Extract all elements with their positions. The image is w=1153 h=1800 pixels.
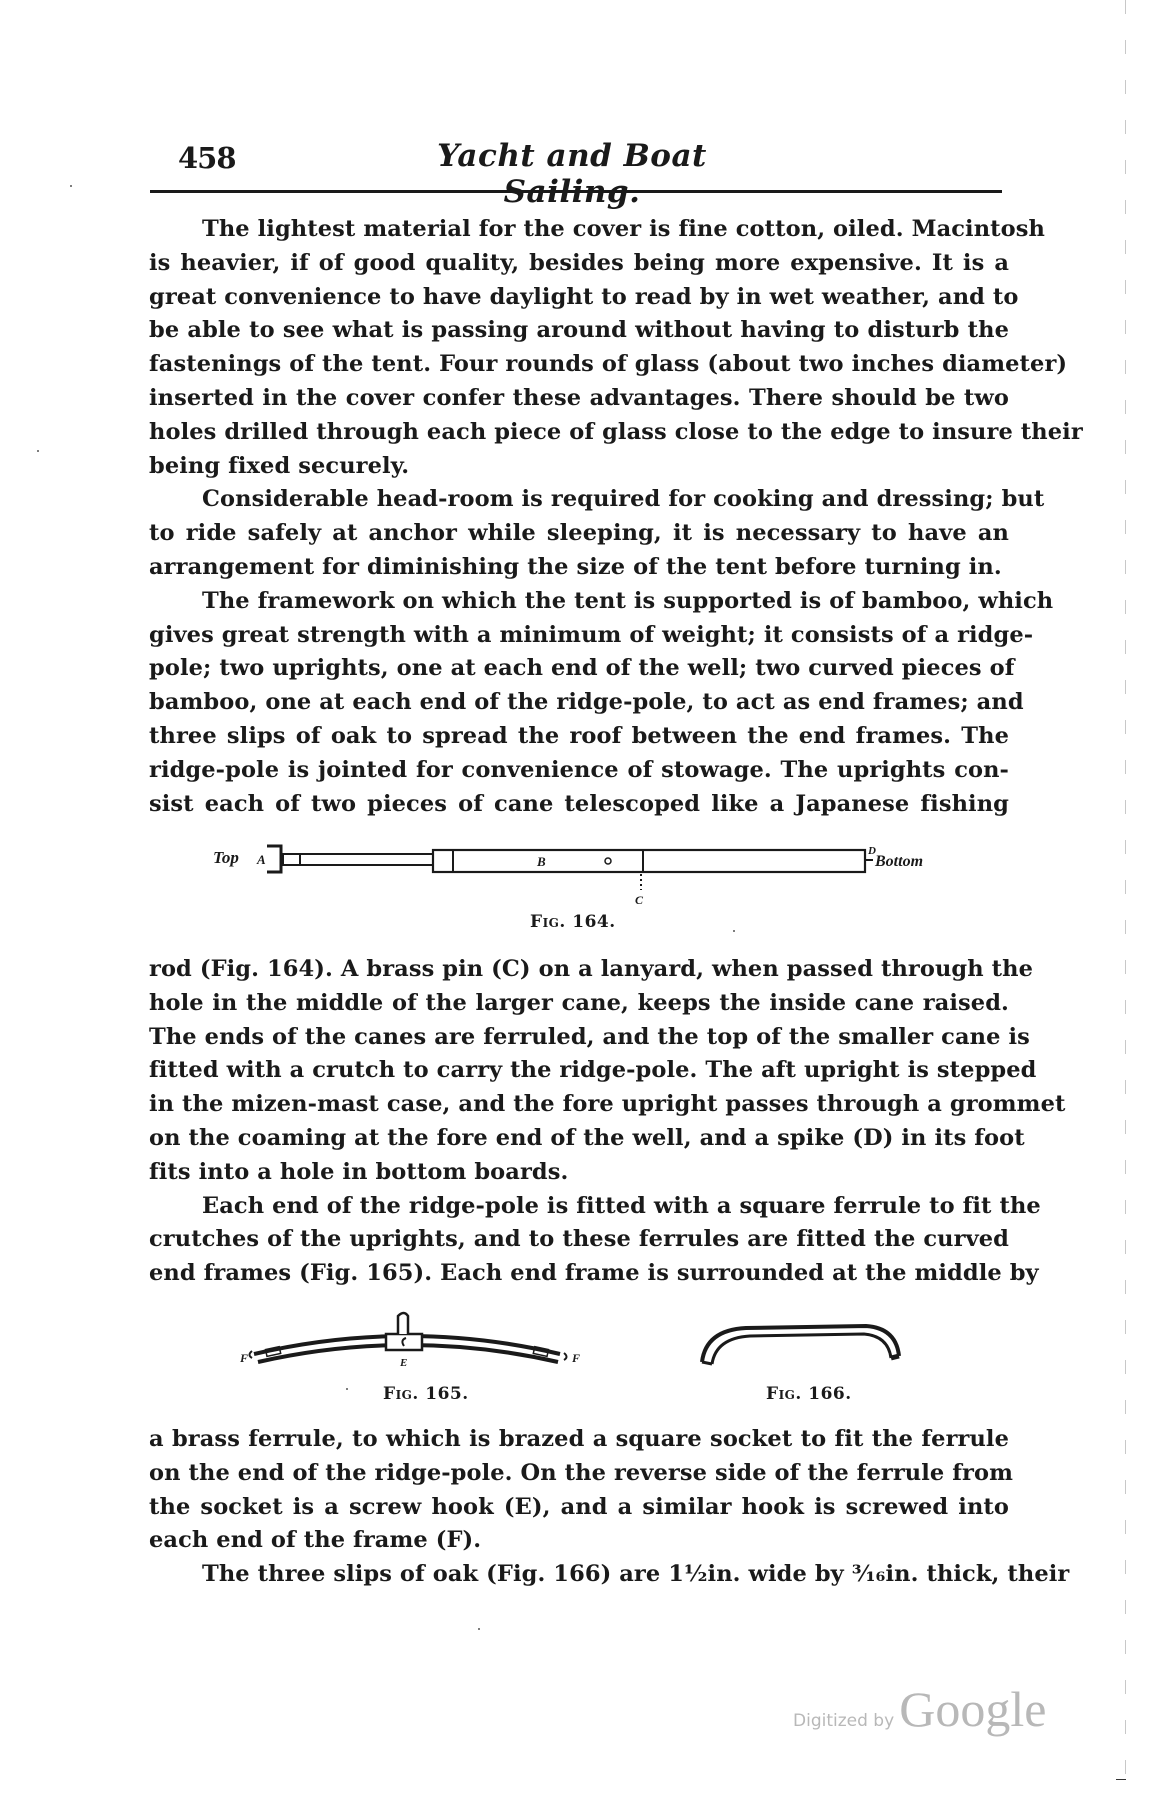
text-line: on the coaming at the fore end of the we… (149, 1122, 1009, 1156)
scan-speck (70, 185, 72, 187)
curved-end-frame-diagram: F E F (238, 1308, 598, 1373)
paragraph-4-continued: a brass ferrule, to which is brazed a sq… (149, 1423, 1009, 1592)
text-line: a brass ferrule, to which is brazed a sq… (149, 1423, 1009, 1457)
figure-164: Top A B C D Bottom (205, 838, 965, 908)
text-line: in the mizen-mast case, and the fore upr… (149, 1088, 1009, 1122)
figure-166-caption: Fig. 166. (766, 1384, 852, 1404)
figure-165-caption: Fig. 165. (383, 1384, 469, 1404)
text-line: arrangement for diminishing the size of … (149, 551, 1009, 585)
svg-text:Top: Top (213, 848, 239, 867)
figure-165: F E F (238, 1308, 598, 1373)
oak-slip-diagram (696, 1320, 911, 1370)
text-line: to ride safely at anchor while sleeping,… (149, 517, 1009, 551)
scan-speck (478, 1628, 480, 1630)
svg-text:E: E (399, 1357, 407, 1369)
text-line: great convenience to have daylight to re… (149, 281, 1009, 315)
header-rule (150, 190, 1002, 193)
text-line: bamboo, one at each end of the ridge-pol… (149, 686, 1009, 720)
text-line: The three slips of oak (Fig. 166) are 1½… (149, 1558, 1009, 1592)
text-line: each end of the frame (F). (149, 1524, 1009, 1558)
text-line: Each end of the ridge-pole is fitted wit… (149, 1190, 1009, 1224)
text-line: on the end of the ridge-pole. On the rev… (149, 1457, 1009, 1491)
figure-164-caption: Fig. 164. (530, 912, 616, 932)
text-line: rod (Fig. 164). A brass pin (C) on a lan… (149, 953, 1009, 987)
text-line: ridge-pole is jointed for convenience of… (149, 754, 1009, 788)
text-line: sist each of two pieces of cane telescop… (149, 788, 1009, 822)
svg-text:A: A (256, 852, 266, 867)
text-line: end frames (Fig. 165). Each end frame is… (149, 1257, 1009, 1291)
text-line: be able to see what is passing around wi… (149, 314, 1009, 348)
digitized-by-google-watermark: Digitized by Google (793, 1680, 1046, 1738)
svg-text:F: F (571, 1351, 580, 1365)
scan-edge-line (1125, 0, 1126, 1780)
scan-speck (346, 1388, 348, 1390)
scan-speck (733, 930, 735, 932)
text-line: The lightest material for the cover is f… (149, 213, 1009, 247)
paragraph-3-continued: rod (Fig. 164). A brass pin (C) on a lan… (149, 953, 1009, 1291)
text-line: hole in the middle of the larger cane, k… (149, 987, 1009, 1021)
paragraph-1: The lightest material for the cover is f… (149, 213, 1009, 821)
scan-speck (37, 450, 39, 452)
text-line: three slips of oak to spread the roof be… (149, 720, 1009, 754)
text-line: the socket is a screw hook (E), and a si… (149, 1491, 1009, 1525)
watermark-prefix: Digitized by (793, 1711, 894, 1731)
text-line: The framework on which the tent is suppo… (149, 585, 1009, 619)
text-line: crutches of the uprights, and to these f… (149, 1223, 1009, 1257)
scan-edge-corner (1116, 1779, 1126, 1780)
text-line: gives great strength with a minimum of w… (149, 619, 1009, 653)
running-title: Yacht and Boat Sailing. (380, 138, 764, 210)
text-line: fits into a hole in bottom boards. (149, 1156, 1009, 1190)
figure-166 (696, 1320, 911, 1370)
text-line: fitted with a crutch to carry the ridge-… (149, 1054, 1009, 1088)
text-line: is heavier, if of good quality, besides … (149, 247, 1009, 281)
page-number: 458 (178, 141, 236, 175)
text-line: The ends of the canes are ferruled, and … (149, 1021, 1009, 1055)
svg-text:F: F (239, 1351, 248, 1365)
svg-text:Bottom: Bottom (874, 853, 923, 870)
svg-text:C: C (635, 893, 644, 907)
google-logo: Google (899, 1681, 1046, 1737)
text-line: fastenings of the tent. Four rounds of g… (149, 348, 1009, 382)
text-line: being fixed securely. (149, 450, 1009, 484)
text-line: inserted in the cover confer these advan… (149, 382, 1009, 416)
text-line: Considerable head-room is required for c… (149, 483, 1009, 517)
text-line: holes drilled through each piece of glas… (149, 416, 1009, 450)
text-line: pole; two uprights, one at each end of t… (149, 652, 1009, 686)
telescoping-upright-diagram: Top A B C D Bottom (205, 838, 965, 908)
svg-text:B: B (536, 854, 546, 869)
